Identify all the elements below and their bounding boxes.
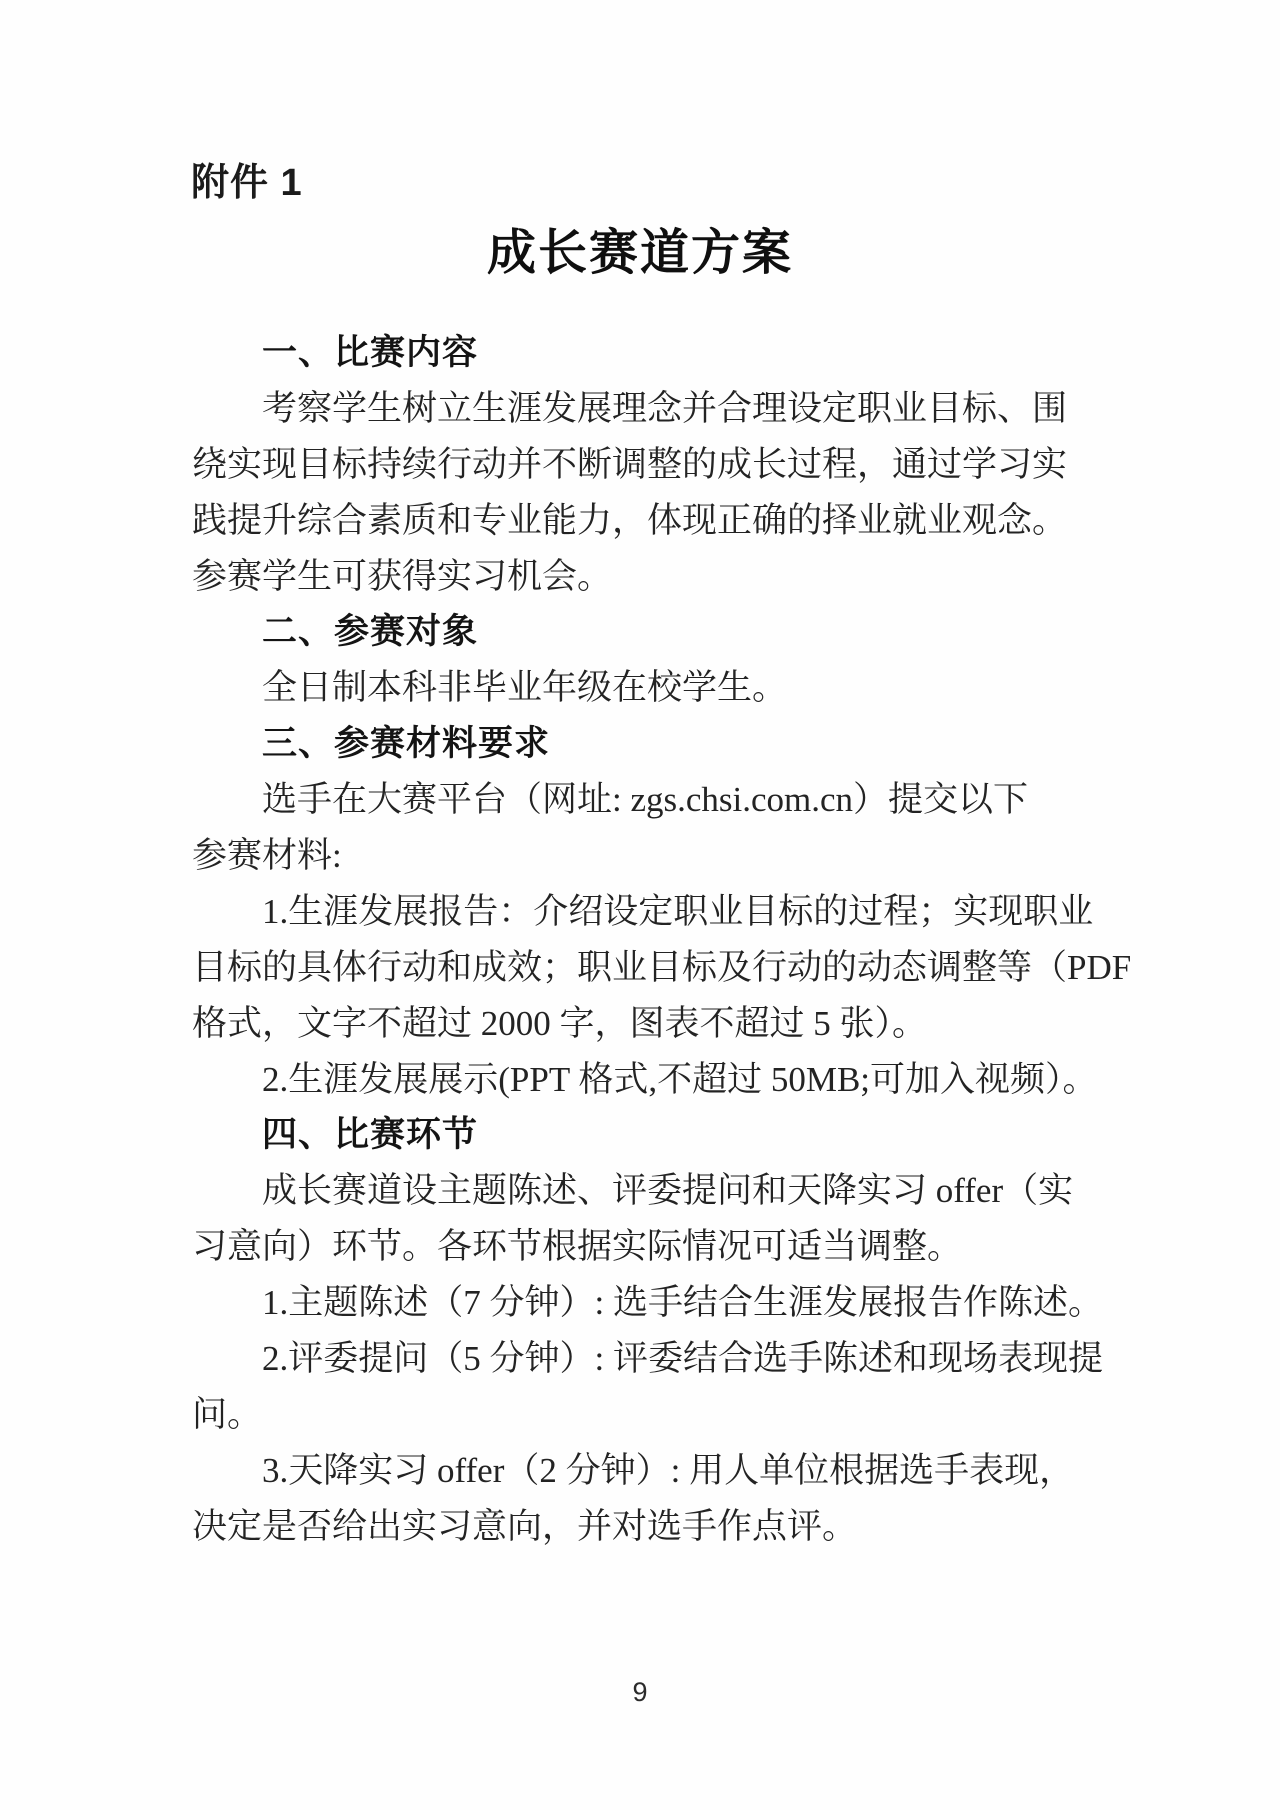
section-heading-2: 二、参赛对象 bbox=[192, 604, 1102, 660]
document-page: 附件 1 成长赛道方案 一、比赛内容 考察学生树立生涯发展理念并合理设定职业目标… bbox=[0, 0, 1280, 1810]
text-line: 目标的具体行动和成效；职业目标及行动的动态调整等（PDF bbox=[192, 940, 1102, 996]
attachment-label: 附件 1 bbox=[191, 161, 303, 205]
text-line: 参赛学生可获得实习机会。 bbox=[192, 549, 1102, 605]
page-number: 9 bbox=[0, 1676, 1280, 1708]
text-line: 考察学生树立生涯发展理念并合理设定职业目标、围 bbox=[192, 381, 1102, 437]
text-line: 践提升综合素质和专业能力，体现正确的择业就业观念。 bbox=[192, 493, 1102, 549]
text-line: 成长赛道设主题陈述、评委提问和天降实习 offer（实 bbox=[192, 1163, 1102, 1219]
text-line: 问。 bbox=[192, 1387, 1102, 1443]
text-line: 全日制本科非毕业年级在校学生。 bbox=[192, 660, 1102, 716]
text-line: 2.生涯发展展示(PPT 格式,不超过 50MB;可加入视频）。 bbox=[192, 1052, 1102, 1108]
text-line: 决定是否给出实习意向，并对选手作点评。 bbox=[192, 1499, 1102, 1555]
text-line: 3.天降实习 offer（2 分钟）: 用人单位根据选手表现， bbox=[192, 1443, 1102, 1499]
document-body: 一、比赛内容 考察学生树立生涯发展理念并合理设定职业目标、围 绕实现目标持续行动… bbox=[192, 325, 1102, 1555]
section-heading-3: 三、参赛材料要求 bbox=[192, 716, 1102, 772]
section-heading-4: 四、比赛环节 bbox=[192, 1107, 1102, 1163]
text-line: 绕实现目标持续行动并不断调整的成长过程，通过学习实 bbox=[192, 437, 1102, 493]
text-line: 参赛材料: bbox=[192, 828, 1102, 884]
text-line: 习意向）环节。各环节根据实际情况可适当调整。 bbox=[192, 1219, 1102, 1275]
text-line: 1.主题陈述（7 分钟）: 选手结合生涯发展报告作陈述。 bbox=[192, 1275, 1102, 1331]
document-title: 成长赛道方案 bbox=[0, 224, 1280, 282]
text-line: 格式，文字不超过 2000 字，图表不超过 5 张）。 bbox=[192, 996, 1102, 1052]
text-line: 2.评委提问（5 分钟）: 评委结合选手陈述和现场表现提 bbox=[192, 1331, 1102, 1387]
text-line: 1.生涯发展报告：介绍设定职业目标的过程；实现职业 bbox=[192, 884, 1102, 940]
section-heading-1: 一、比赛内容 bbox=[192, 325, 1102, 381]
text-line: 选手在大赛平台（网址: zgs.chsi.com.cn）提交以下 bbox=[192, 772, 1102, 828]
